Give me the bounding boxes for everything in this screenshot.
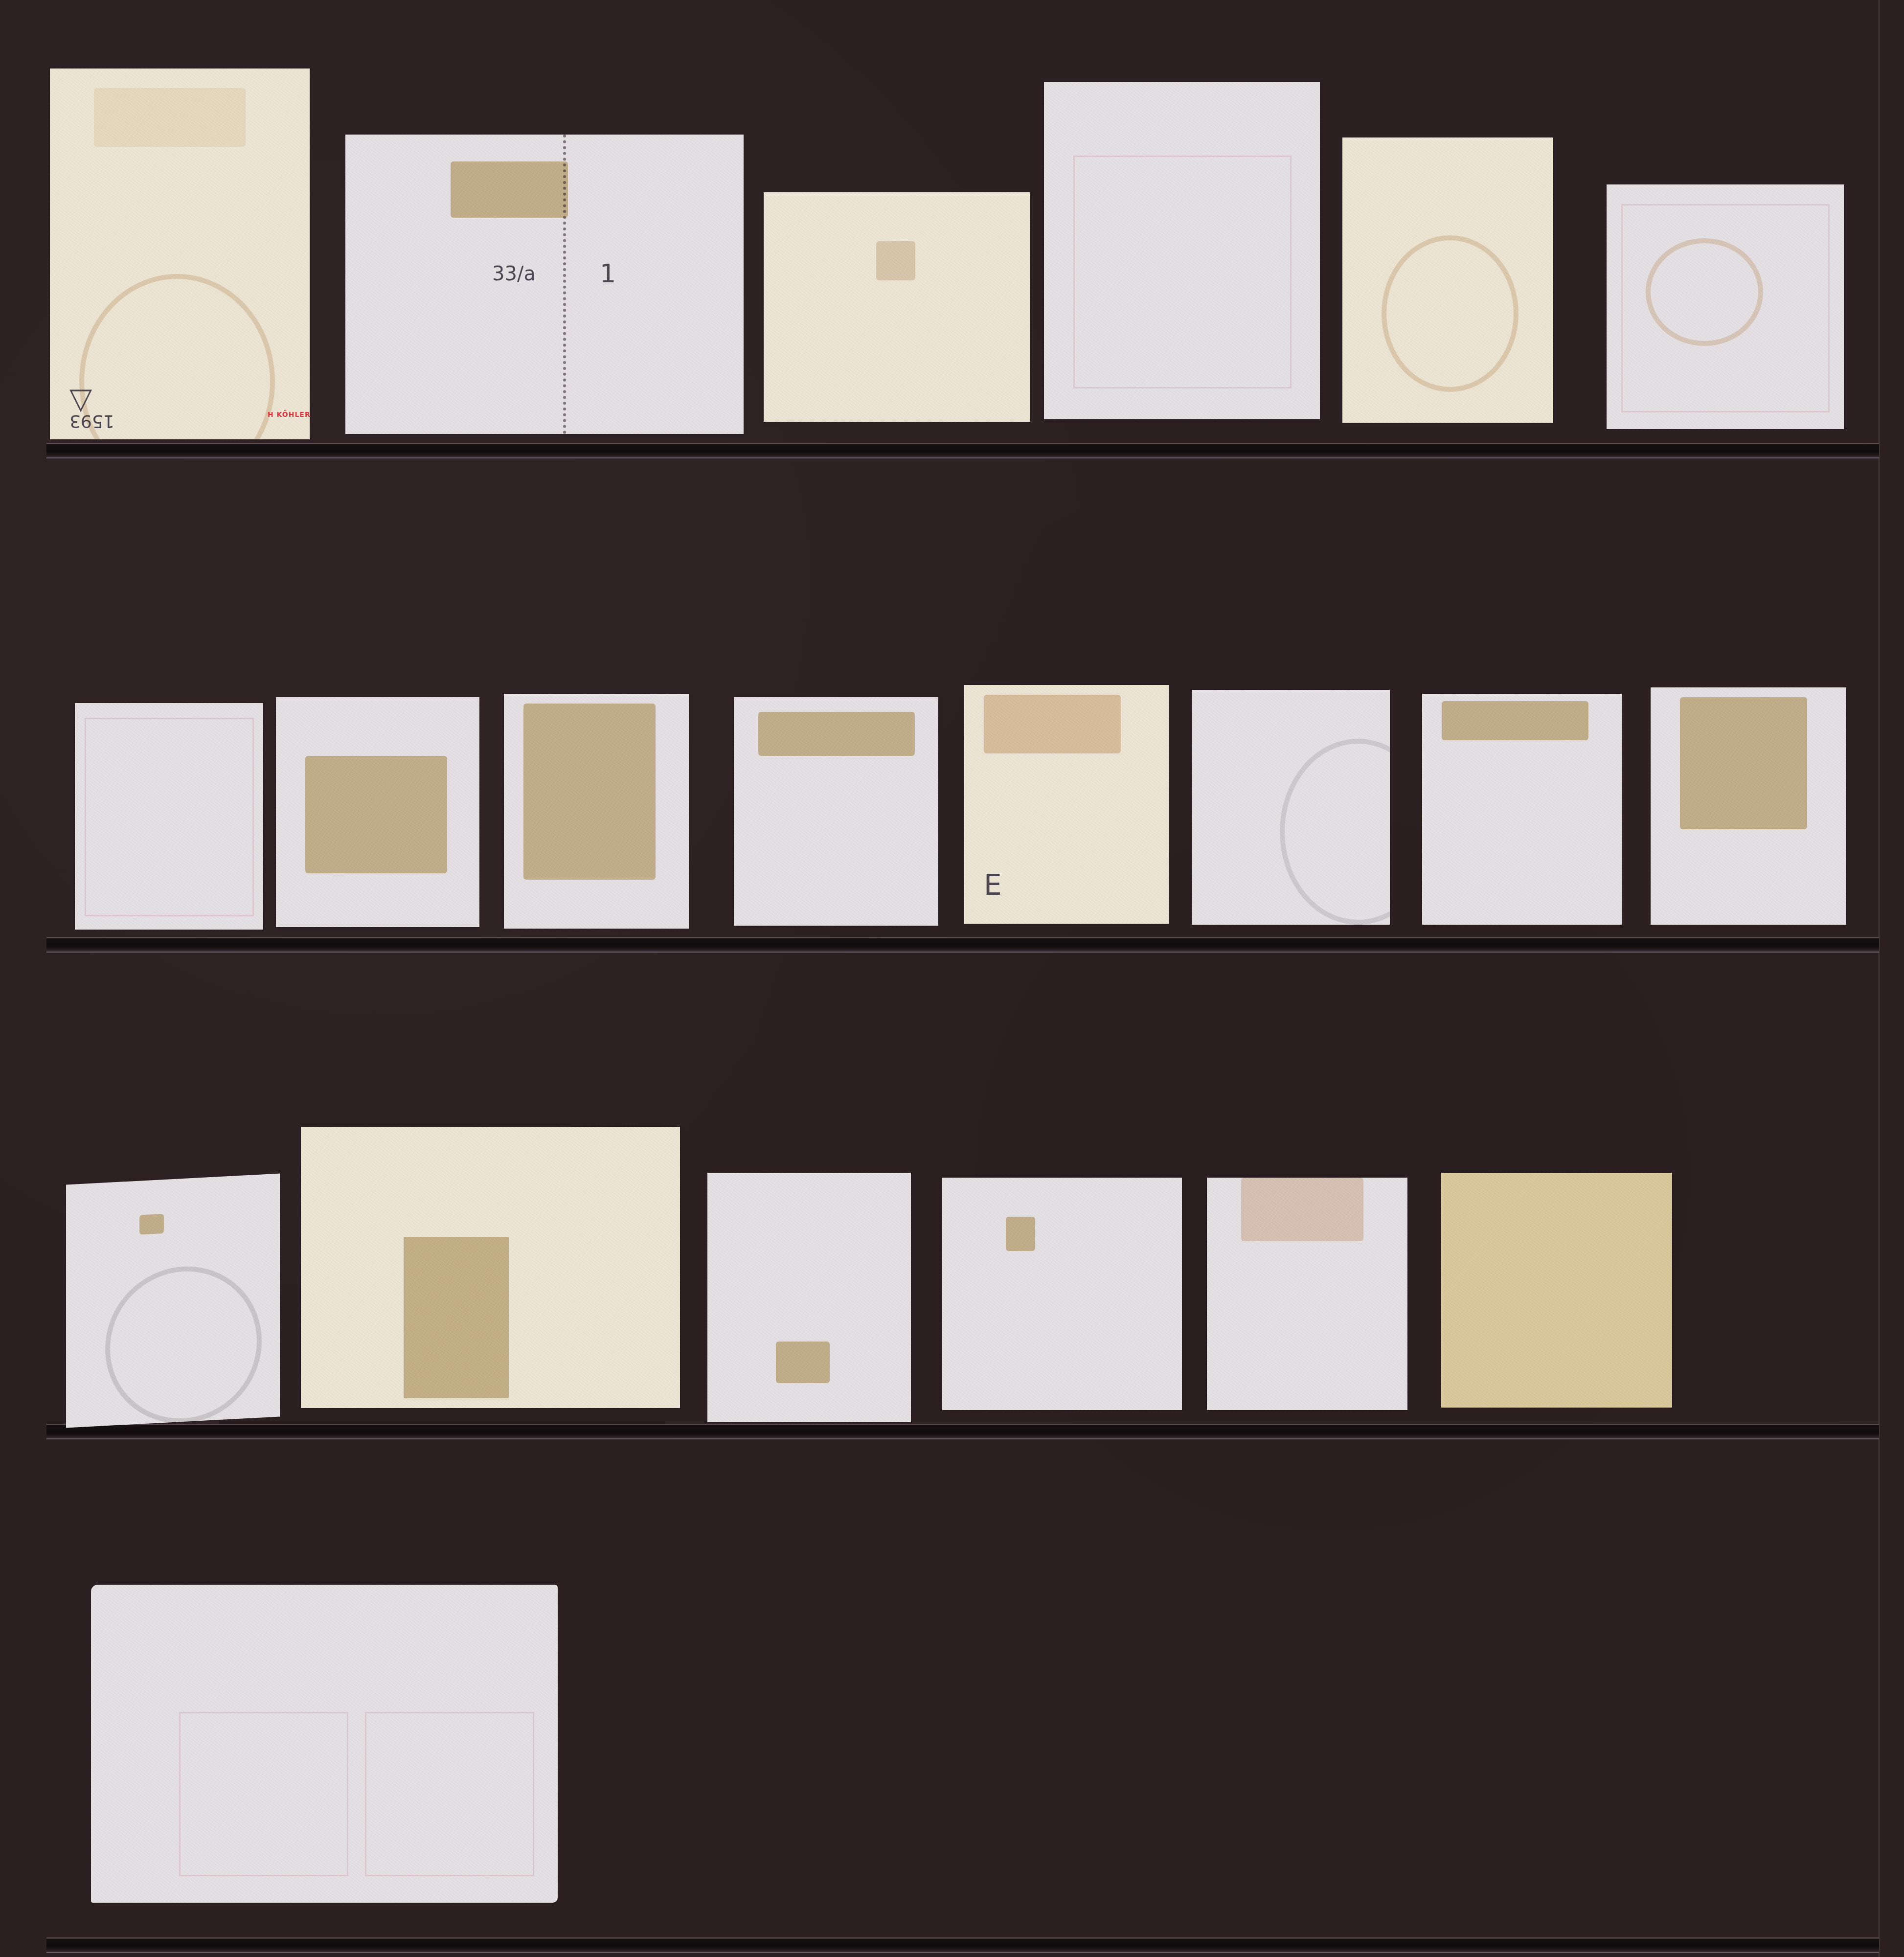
hinge-spot	[776, 1342, 830, 1383]
page-edge-rule	[1879, 0, 1880, 1957]
stock-strip-1	[46, 443, 1879, 458]
hinge-remnant	[94, 88, 246, 147]
stamp-r2s3[interactable]	[504, 694, 689, 929]
postmark-ghost	[1382, 235, 1519, 392]
hinge-remnant	[305, 756, 447, 873]
stamp-r1s4[interactable]	[1044, 82, 1320, 419]
pencil-number: 1593	[69, 411, 114, 431]
design-frame-ghost	[1073, 156, 1292, 388]
stamp-r2s8[interactable]	[1651, 687, 1846, 925]
stamp-r2s7[interactable]	[1422, 694, 1622, 925]
postmark-ghost	[105, 1262, 262, 1427]
stamp-r2s5[interactable]: Ε	[964, 685, 1169, 924]
hinge-spot	[139, 1214, 164, 1235]
stamp-r3s3[interactable]	[707, 1173, 911, 1422]
design-frame-ghost-right	[365, 1712, 534, 1876]
hinge-remnant-large	[1680, 697, 1807, 829]
stamp-r2s4[interactable]	[734, 697, 938, 926]
stamp-r2s2[interactable]	[276, 697, 479, 927]
stamp-r1s1[interactable]: ▽ 1593 H KÖHLER	[50, 68, 310, 439]
design-frame-ghost-left	[179, 1712, 348, 1876]
stamp-r3s2[interactable]	[301, 1127, 680, 1408]
stock-strip-2	[46, 937, 1879, 953]
postmark-ghost	[1280, 739, 1390, 925]
stamp-r1s6[interactable]	[1607, 184, 1844, 429]
stamp-r2s6[interactable]	[1192, 690, 1390, 925]
stamp-r3s6[interactable]	[1441, 1173, 1672, 1408]
design-frame-ghost	[85, 718, 254, 916]
hinge-remnant	[1442, 701, 1588, 740]
stamp-r3s4[interactable]	[942, 1178, 1182, 1410]
stamp-r1s2[interactable]: 33/a 1	[345, 135, 744, 434]
hinge-remnant	[758, 712, 915, 756]
hinge-remnant	[984, 695, 1121, 753]
stamp-r1s3[interactable]	[764, 192, 1030, 422]
hinge-remnant-large	[523, 704, 656, 880]
hinge-spot	[876, 241, 915, 280]
postmark-ghost	[1646, 238, 1763, 346]
stock-strip-4	[46, 1937, 1879, 1953]
stamp-r1s5[interactable]	[1342, 137, 1553, 423]
stamp-r3s1[interactable]	[66, 1174, 280, 1428]
hinge-spot	[1006, 1217, 1035, 1251]
ink-script-mark	[544, 135, 566, 434]
pencil-number: 1	[600, 259, 616, 289]
hinge-remnant	[404, 1237, 509, 1398]
stamp-r2s1[interactable]	[75, 703, 263, 930]
stamp-r3s5[interactable]	[1207, 1178, 1407, 1410]
hinge-remnant	[1241, 1178, 1363, 1241]
stamp-r4s1-pair[interactable]	[91, 1585, 558, 1903]
pencil-e-mark: Ε	[984, 868, 1002, 902]
pencil-catalog-number: 33/a	[492, 263, 536, 285]
expert-handstamp: H KÖHLER	[268, 411, 310, 419]
stock-strip-3	[46, 1424, 1879, 1439]
